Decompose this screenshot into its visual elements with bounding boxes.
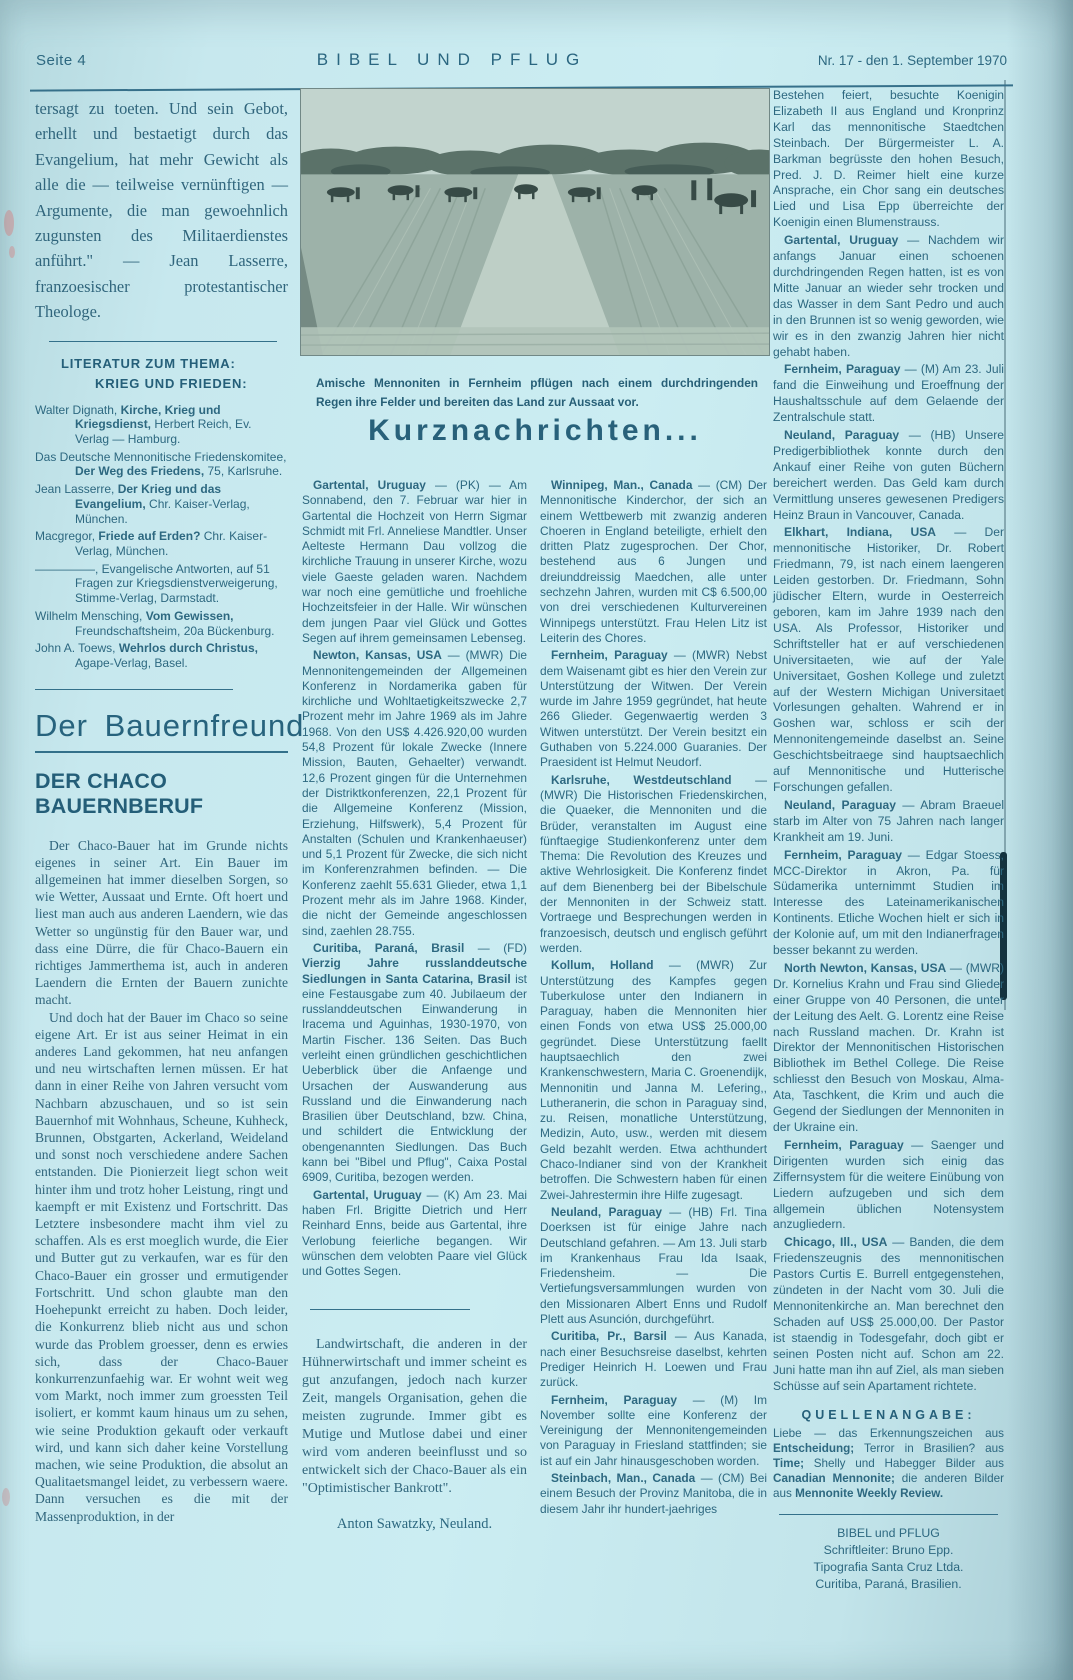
text: — (HB) Frl. Tina Doerksen ist für einige… bbox=[540, 1205, 767, 1326]
news-item: Elkhart, Indiana, USA — Der mennonitisch… bbox=[773, 525, 1004, 795]
text: Terror in Brasilien? aus bbox=[854, 1442, 1004, 1455]
text: — (MWR) Nebst dem Waisenamt gibt es hier… bbox=[540, 648, 767, 769]
text: — Banden, die dem Friedenszeugnis des me… bbox=[773, 1235, 1004, 1392]
literature-entry: Das Deutsche Mennonitische Friedenskomit… bbox=[35, 450, 288, 479]
literature-entry: —————, Evangelische Antworten, auf 51 Fr… bbox=[35, 562, 288, 606]
text: Wilhelm Mensching, bbox=[35, 609, 146, 623]
news-item: Gartental, Uruguay — (K) Am 23. Mai habe… bbox=[302, 1188, 527, 1280]
literature-entry: Jean Lasserre, Der Krieg und das Evangel… bbox=[35, 482, 288, 526]
bold-text: Winnipeg, Man., Canada bbox=[551, 478, 692, 492]
text: — (CM) Der Mennonitische Kinderchor, der… bbox=[540, 478, 767, 645]
bold-text: Newton, Kansas, USA bbox=[313, 648, 442, 662]
literature-entry: John A. Toews, Wehrlos durch Christus, A… bbox=[35, 641, 288, 670]
bold-text: Time; bbox=[773, 1457, 804, 1470]
masthead: BIBEL UND PFLUG bbox=[86, 50, 818, 70]
bold-text: Karlsruhe, Westdeutschland bbox=[551, 773, 732, 787]
news-item: Fernheim, Paraguay — Edgar Stoess, MCC-D… bbox=[773, 848, 1004, 959]
bold-text: Der Weg des Friedens, bbox=[75, 464, 204, 478]
news-item: Neuland, Paraguay — (HB) Frl. Tina Doerk… bbox=[540, 1205, 767, 1327]
bold-text: Fernheim, Paraguay bbox=[784, 1138, 904, 1152]
photo-illustration bbox=[301, 89, 769, 355]
text: Walter Dignath, bbox=[35, 403, 121, 417]
text: Liebe — das Erkennungszeichen aus bbox=[773, 1427, 1004, 1440]
text: — (MWR) Die Mennonitengemeinden der Allg… bbox=[302, 648, 527, 937]
left-column: tersagt zu toeten. Und sein Gebot, erhel… bbox=[35, 96, 288, 1525]
bold-text: Entscheidung; bbox=[773, 1442, 854, 1455]
text: ist eine Festausgabe zum 40. Jubilaeum d… bbox=[302, 972, 527, 1185]
article-continuation: Landwirtschaft, die anderen in der Hühne… bbox=[302, 1336, 527, 1498]
news-item: Steinbach, Man., Canada — (CM) Bei einem… bbox=[540, 1471, 767, 1517]
text: John A. Toews, bbox=[35, 641, 119, 655]
news-item: Neuland, Paraguay — Abram Braeuel starb … bbox=[773, 798, 1004, 846]
news-item: Curitiba, Paraná, Brasil — (FD) Vierzig … bbox=[302, 941, 527, 1186]
imprint-line: BIBEL und PFLUG bbox=[773, 1525, 1004, 1542]
imprint-line: Curitiba, Paraná, Brasilien. bbox=[773, 1576, 1004, 1593]
scan-artifact bbox=[2, 1488, 10, 1506]
news-item: Fernheim, Paraguay — (M) Am 23. Juli fan… bbox=[773, 362, 1004, 426]
imprint-line: Tipografia Santa Cruz Ltda. bbox=[773, 1559, 1004, 1576]
bold-text: Curitiba, Paraná, Brasil bbox=[313, 941, 464, 955]
photo-caption: Amische Mennoniten in Fernheim pflügen n… bbox=[316, 374, 758, 412]
bold-text: Fernheim, Paraguay bbox=[784, 848, 902, 862]
text: Agape-Verlag, Basel. bbox=[75, 656, 188, 670]
news-item: Fernheim, Paraguay — (M) Im November sol… bbox=[540, 1393, 767, 1469]
bold-text: Vom Gewissen, bbox=[146, 609, 234, 623]
bold-text: Friede auf Erden? bbox=[98, 529, 200, 543]
news-item: Fernheim, Paraguay — Saenger und Dirigen… bbox=[773, 1138, 1004, 1233]
text: — (MWR) Zur Unterstützung des Kampfes ge… bbox=[540, 958, 767, 1201]
news-item: Winnipeg, Man., Canada — (CM) Der Mennon… bbox=[540, 478, 767, 646]
text: Macgregor, bbox=[35, 529, 98, 543]
text: — Nachdem wir anfangs Januar einen schoe… bbox=[773, 233, 1004, 358]
bold-text: Mennonite Weekly Review. bbox=[795, 1487, 943, 1500]
text: Das Deutsche Mennonitische Friedenskomit… bbox=[35, 450, 286, 464]
imprint: BIBEL und PFLUGSchriftleiter: Bruno Epp.… bbox=[773, 1525, 1004, 1593]
imprint-line: Schriftleiter: Bruno Epp. bbox=[773, 1542, 1004, 1559]
text: — (MWR) Dr. Kornelius Krahn und Frau sin… bbox=[773, 961, 1004, 1134]
text: 75, Karlsruhe. bbox=[204, 464, 282, 478]
bold-text: Gartental, Uruguay bbox=[784, 233, 898, 247]
bold-text: Fernheim, Paraguay bbox=[551, 1393, 677, 1407]
literature-heading: LITERATUR ZUM THEMA: bbox=[61, 356, 288, 371]
bold-text: Neuland, Paraguay bbox=[551, 1205, 662, 1219]
text: Jean Lasserre, bbox=[35, 482, 118, 496]
news-item: Fernheim, Paraguay — (MWR) Nebst dem Wai… bbox=[540, 648, 767, 770]
bold-text: Chicago, Ill., USA bbox=[784, 1235, 887, 1249]
news-item: Curitiba, Pr., Barsil — Aus Kanada, nach… bbox=[540, 1329, 767, 1390]
text: Shelly und Habegger Bilder aus bbox=[804, 1457, 1004, 1470]
scan-artifact bbox=[9, 246, 15, 258]
bold-text: Elkhart, Indiana, USA bbox=[784, 525, 936, 539]
bold-text: Gartental, Uruguay bbox=[313, 1188, 422, 1202]
bold-text: Steinbach, Man., Canada bbox=[551, 1471, 695, 1485]
news-list: Bestehen feiert, besuchte Koenigin Eliza… bbox=[773, 88, 1004, 1394]
imprint-rule bbox=[779, 1514, 998, 1515]
text: — Der mennonitische Historiker, Dr. Robe… bbox=[773, 525, 1004, 794]
newspaper-page: Seite 4 BIBEL UND PFLUG Nr. 17 - den 1. … bbox=[0, 0, 1073, 1680]
news-item: Gartental, Uruguay — (PK) — Am Sonnabend… bbox=[302, 478, 527, 646]
news-column-1: Gartental, Uruguay — (PK) — Am Sonnabend… bbox=[302, 478, 527, 1533]
column-divider bbox=[310, 1309, 470, 1310]
text: — (FD) bbox=[464, 941, 527, 955]
bold-text: Vierzig Jahre russlanddeutsche Siedlunge… bbox=[302, 956, 527, 985]
section-title: Kurznachrichten... bbox=[300, 414, 770, 448]
page-header: Seite 4 BIBEL UND PFLUG Nr. 17 - den 1. … bbox=[36, 50, 1007, 70]
news-item: Karlsruhe, Westdeutschland — (MWR) Die H… bbox=[540, 773, 767, 957]
bold-text: Fernheim, Paraguay bbox=[784, 362, 900, 376]
page-edge-shadow bbox=[1007, 0, 1073, 1680]
scan-artifact bbox=[4, 210, 14, 236]
sources-heading: QUELLENANGABE: bbox=[773, 1408, 1004, 1422]
bold-text: Kollum, Holland bbox=[551, 958, 654, 972]
article-subtitle: DER CHACO BAUERNBERUF bbox=[35, 769, 288, 819]
news-column-3: Bestehen feiert, besuchte Koenigin Eliza… bbox=[773, 88, 1004, 1593]
news-item: Neuland, Paraguay — (HB) Unsere Prediger… bbox=[773, 428, 1004, 523]
photo-amish-plowing bbox=[300, 88, 770, 356]
author-signature: Anton Sawatzky, Neuland. bbox=[302, 1516, 527, 1533]
bold-text: Curitiba, Pr., Barsil bbox=[551, 1329, 667, 1343]
news-item: Bestehen feiert, besuchte Koenigin Eliza… bbox=[773, 88, 1004, 231]
bold-text: Canadian Mennonite; bbox=[773, 1472, 895, 1485]
literature-list: Walter Dignath, Kirche, Krieg und Kriegs… bbox=[35, 403, 288, 671]
literature-entry: Macgregor, Friede auf Erden? Chr. Kaiser… bbox=[35, 529, 288, 558]
literature-entry: Wilhelm Mensching, Vom Gewissen, Freunds… bbox=[35, 609, 288, 638]
text: — (MWR) Die Historischen Friedenskirchen… bbox=[540, 773, 767, 955]
news-item: Gartental, Uruguay — Nachdem wir anfangs… bbox=[773, 233, 1004, 360]
article-title: Der Bauernfreund bbox=[35, 708, 288, 753]
news-item: Chicago, Ill., USA — Banden, die dem Fri… bbox=[773, 1235, 1004, 1394]
bold-text: Neuland, Paraguay bbox=[784, 428, 899, 442]
article-paragraph: Der Chaco-Bauer hat im Grunde nichts eig… bbox=[35, 837, 288, 1009]
bold-text: Fernheim, Paraguay bbox=[551, 648, 668, 662]
article-continuation: tersagt zu toeten. Und sein Gebot, erhel… bbox=[35, 96, 288, 325]
news-list: Gartental, Uruguay — (PK) — Am Sonnabend… bbox=[302, 478, 527, 1279]
text: — Edgar Stoess, MCC-Direktor in Akron, P… bbox=[773, 848, 1004, 957]
news-column-2: Winnipeg, Man., Canada — (CM) Der Mennon… bbox=[540, 478, 767, 1519]
article-body: Der Chaco-Bauer hat im Grunde nichts eig… bbox=[35, 837, 288, 1525]
article-paragraph: Und doch hat der Bauer im Chaco so seine… bbox=[35, 1009, 288, 1525]
column-divider bbox=[35, 689, 233, 690]
text: Freundschaftsheim, 20a Bückenburg. bbox=[75, 624, 274, 638]
text: — (HB) Unsere Predigerbibliothek konnte … bbox=[773, 428, 1004, 522]
literature-entry: Walter Dignath, Kirche, Krieg und Kriegs… bbox=[35, 403, 288, 447]
bold-text: Gartental, Uruguay bbox=[313, 478, 426, 492]
news-item: Newton, Kansas, USA — (MWR) Die Mennonit… bbox=[302, 648, 527, 939]
bold-text: North Newton, Kansas, USA bbox=[784, 961, 946, 975]
bold-text: Neuland, Paraguay bbox=[784, 798, 896, 812]
news-item: Kollum, Holland — (MWR) Zur Unterstützun… bbox=[540, 958, 767, 1203]
text: Bestehen feiert, besuchte Koenigin Eliza… bbox=[773, 88, 1004, 229]
news-item: North Newton, Kansas, USA — (MWR) Dr. Ko… bbox=[773, 961, 1004, 1136]
text: —————, Evangelische Antworten, auf 51 Fr… bbox=[35, 562, 278, 605]
bold-text: Wehrlos durch Christus, bbox=[119, 641, 258, 655]
issue-info: Nr. 17 - den 1. September 1970 bbox=[818, 53, 1007, 68]
literature-subheading: KRIEG UND FRIEDEN: bbox=[95, 376, 288, 391]
text: — (PK) — Am Sonnabend, den 7. Februar wa… bbox=[302, 478, 527, 645]
sources-text: Liebe — das Erkennungszeichen aus Entsch… bbox=[773, 1427, 1004, 1502]
column-divider bbox=[49, 341, 277, 342]
page-number: Seite 4 bbox=[36, 52, 86, 69]
news-list: Winnipeg, Man., Canada — (CM) Der Mennon… bbox=[540, 478, 767, 1517]
